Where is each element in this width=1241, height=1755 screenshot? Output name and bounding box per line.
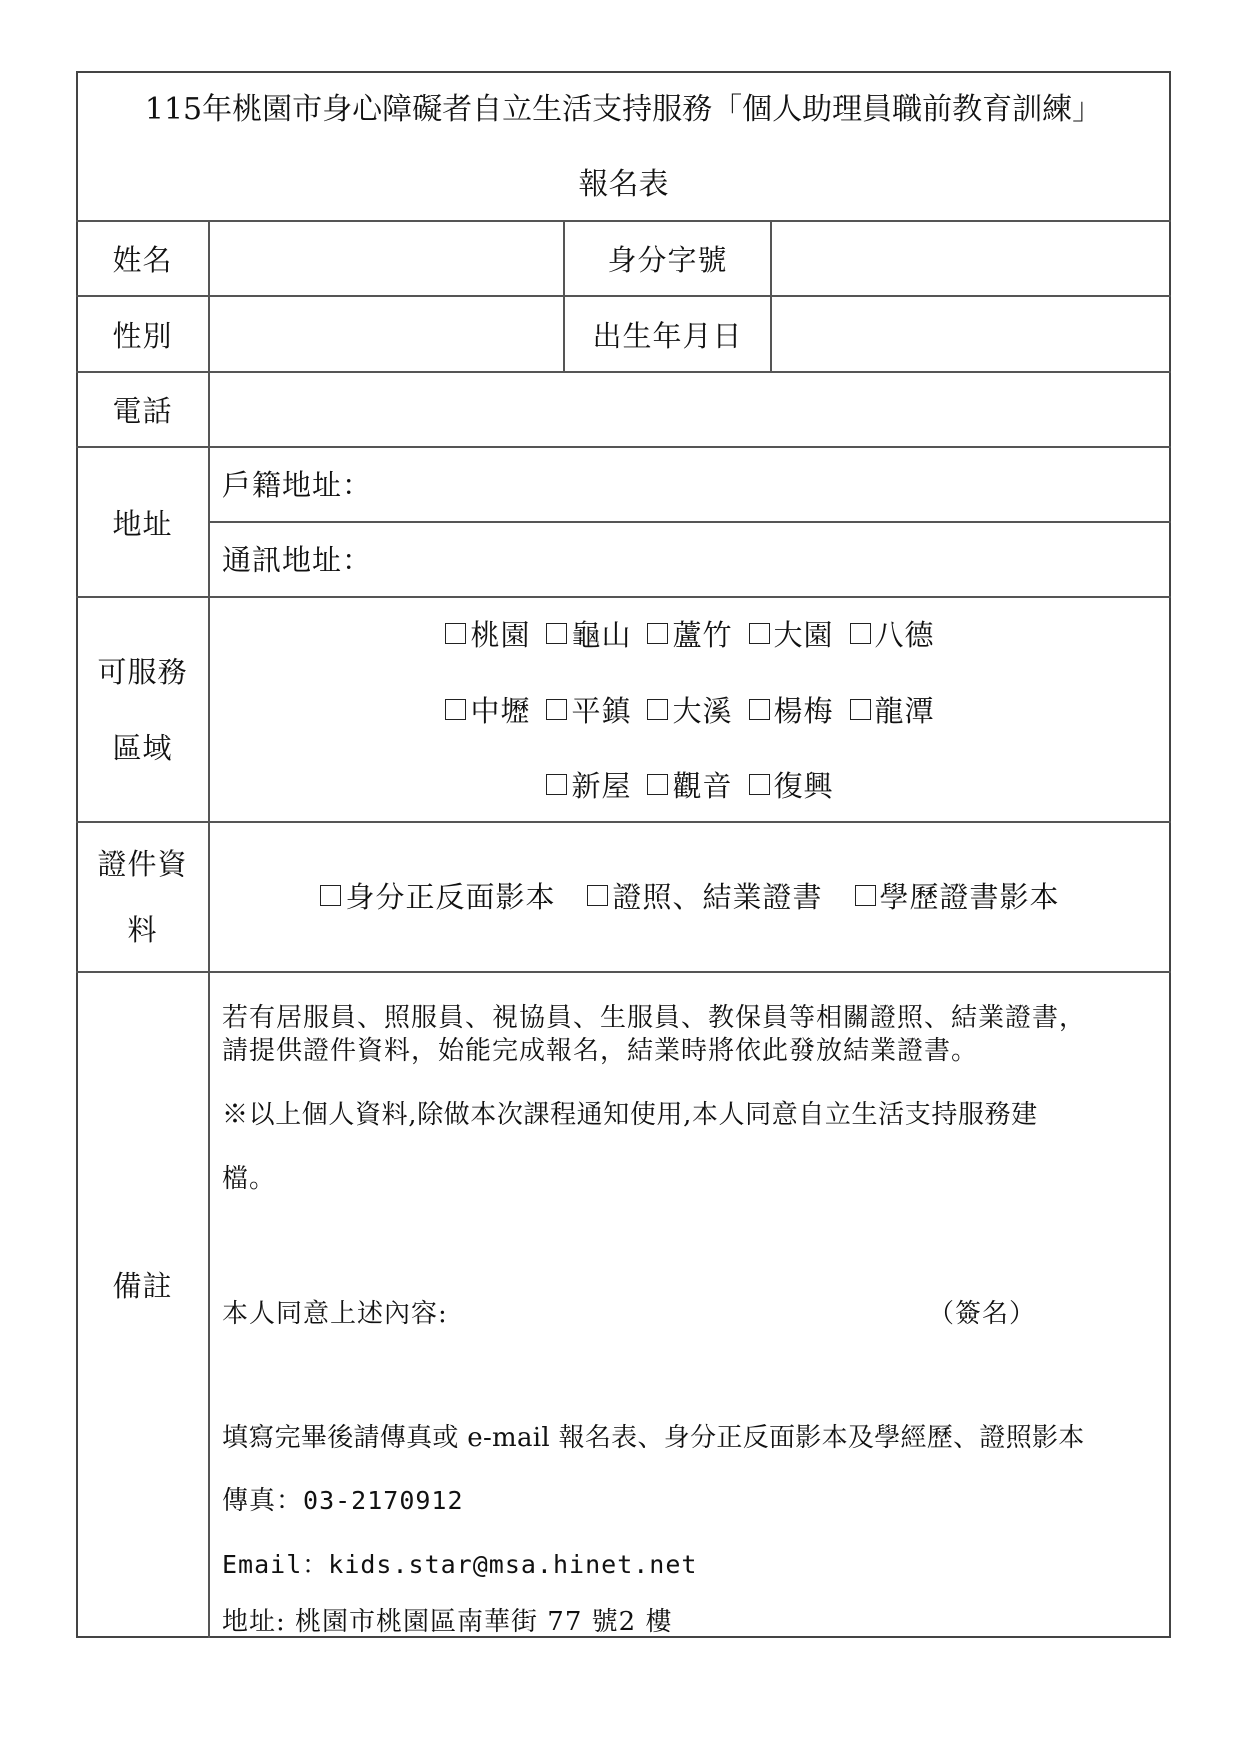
email-line: Email：kids.star@msa.hinet.net bbox=[222, 1545, 697, 1581]
form-subtitle: 報名表 bbox=[76, 163, 1171, 207]
privacy-note-line-1: ※以上個人資料,除做本次課程通知使用,本人同意自立生活支持服務建 bbox=[222, 1094, 1038, 1131]
checkbox-fuxing[interactable]: 復興 bbox=[749, 764, 834, 805]
office-address: 桃園市桃園區南華街 77 號2 樓 bbox=[295, 1607, 672, 1637]
fax-number: 03-2170912 bbox=[303, 1486, 464, 1515]
id-number-field[interactable] bbox=[772, 222, 1170, 295]
birthdate-field[interactable] bbox=[772, 298, 1170, 371]
birthdate-label: 出生年月日 bbox=[564, 296, 771, 372]
checkbox-icon[interactable] bbox=[546, 623, 567, 644]
id-number-label: 身分字號 bbox=[564, 221, 771, 296]
remarks-label: 備註 bbox=[76, 1262, 209, 1306]
service-area-label-line1: 可服務 bbox=[97, 634, 187, 710]
checkbox-guanyin[interactable]: 觀音 bbox=[647, 764, 732, 805]
service-area-row-2: 中壢 平鎮 大溪 楊梅 龍潭 bbox=[209, 689, 1171, 729]
checkbox-icon[interactable] bbox=[587, 885, 608, 906]
checkbox-education-copy[interactable]: 學歷證書影本 bbox=[855, 875, 1060, 916]
consent-label: 本人同意上述內容: bbox=[222, 1293, 448, 1330]
office-address-line: 地址: 桃園市桃園區南華街 77 號2 樓 bbox=[222, 1601, 672, 1638]
checkbox-id-copy[interactable]: 身分正反面影本 bbox=[320, 875, 555, 916]
phone-field[interactable] bbox=[210, 373, 1170, 446]
checkbox-zhongli[interactable]: 中壢 bbox=[445, 689, 530, 730]
service-area-row-3: 新屋 觀音 復興 bbox=[209, 764, 1171, 804]
documents-options: 身分正反面影本 證照、結業證書 學歷證書影本 bbox=[209, 875, 1171, 915]
form-title: 115年桃園市身心障礙者自立生活支持服務「個人助理員職前教育訓練」 bbox=[76, 88, 1171, 132]
documents-label: 證件資 料 bbox=[76, 822, 209, 972]
email-label: Email： bbox=[222, 1550, 328, 1579]
checkbox-icon[interactable] bbox=[445, 699, 466, 720]
checkbox-yangmei[interactable]: 楊梅 bbox=[749, 689, 834, 730]
checkbox-icon[interactable] bbox=[749, 774, 770, 795]
divider bbox=[76, 821, 1171, 823]
fax-line: 傳真：03-2170912 bbox=[222, 1480, 464, 1517]
checkbox-certificates[interactable]: 證照、結業證書 bbox=[587, 875, 822, 916]
service-area-row-1: 桃園 龜山 蘆竹 大園 八德 bbox=[209, 613, 1171, 653]
phone-label: 電話 bbox=[76, 372, 209, 447]
fax-label: 傳真： bbox=[222, 1486, 303, 1516]
signature-label: （簽名） bbox=[928, 1293, 1036, 1330]
checkbox-icon[interactable] bbox=[749, 623, 770, 644]
name-field[interactable] bbox=[210, 222, 563, 295]
checkbox-icon[interactable] bbox=[850, 699, 871, 720]
privacy-note-line-2: 檔。 bbox=[222, 1158, 276, 1195]
office-address-label: 地址: bbox=[222, 1607, 295, 1637]
checkbox-bade[interactable]: 八德 bbox=[850, 613, 935, 654]
service-area-label: 可服務 區域 bbox=[76, 597, 209, 822]
checkbox-dayuan[interactable]: 大園 bbox=[749, 613, 834, 654]
remarks-line-2: 請提供證件資料，始能完成報名，結業時將依此發放結業證書。 bbox=[222, 1030, 978, 1067]
checkbox-taoyuan[interactable]: 桃園 bbox=[445, 613, 530, 654]
checkbox-longtan[interactable]: 龍潭 bbox=[850, 689, 935, 730]
checkbox-icon[interactable] bbox=[850, 623, 871, 644]
checkbox-guishan[interactable]: 龜山 bbox=[546, 613, 631, 654]
checkbox-icon[interactable] bbox=[647, 699, 668, 720]
mailing-address-label: 通訊地址： bbox=[222, 540, 372, 580]
household-address-field[interactable]: 戶籍地址： bbox=[210, 448, 1170, 521]
divider bbox=[76, 596, 1171, 598]
signature-field[interactable] bbox=[440, 1290, 920, 1324]
checkbox-icon[interactable] bbox=[647, 774, 668, 795]
remarks-line-1: 若有居服員、照服員、視協員、生服員、教保員等相關證照、結業證書， bbox=[222, 997, 1086, 1034]
gender-field[interactable] bbox=[210, 298, 563, 371]
documents-label-line2: 料 bbox=[127, 897, 157, 963]
checkbox-icon[interactable] bbox=[546, 774, 567, 795]
checkbox-icon[interactable] bbox=[647, 623, 668, 644]
household-address-label: 戶籍地址： bbox=[222, 465, 372, 505]
checkbox-icon[interactable] bbox=[445, 623, 466, 644]
checkbox-icon[interactable] bbox=[749, 699, 770, 720]
service-area-label-line2: 區域 bbox=[112, 710, 172, 786]
submission-instruction: 填寫完畢後請傳真或 e-mail 報名表、身分正反面影本及學經歷、證照影本 bbox=[222, 1417, 1085, 1454]
documents-label-line1: 證件資 bbox=[97, 831, 187, 897]
mailing-address-field[interactable]: 通訊地址： bbox=[210, 523, 1170, 596]
name-label: 姓名 bbox=[76, 221, 209, 296]
checkbox-xinwu[interactable]: 新屋 bbox=[546, 764, 631, 805]
checkbox-daxi[interactable]: 大溪 bbox=[647, 689, 732, 730]
checkbox-icon[interactable] bbox=[855, 885, 876, 906]
checkbox-icon[interactable] bbox=[546, 699, 567, 720]
address-label: 地址 bbox=[76, 447, 209, 597]
divider bbox=[76, 971, 1171, 973]
checkbox-pingzhen[interactable]: 平鎮 bbox=[546, 689, 631, 730]
checkbox-icon[interactable] bbox=[320, 885, 341, 906]
gender-label: 性別 bbox=[76, 296, 209, 372]
checkbox-luzhu[interactable]: 蘆竹 bbox=[647, 613, 732, 654]
email-address[interactable]: kids.star@msa.hinet.net bbox=[328, 1550, 697, 1579]
